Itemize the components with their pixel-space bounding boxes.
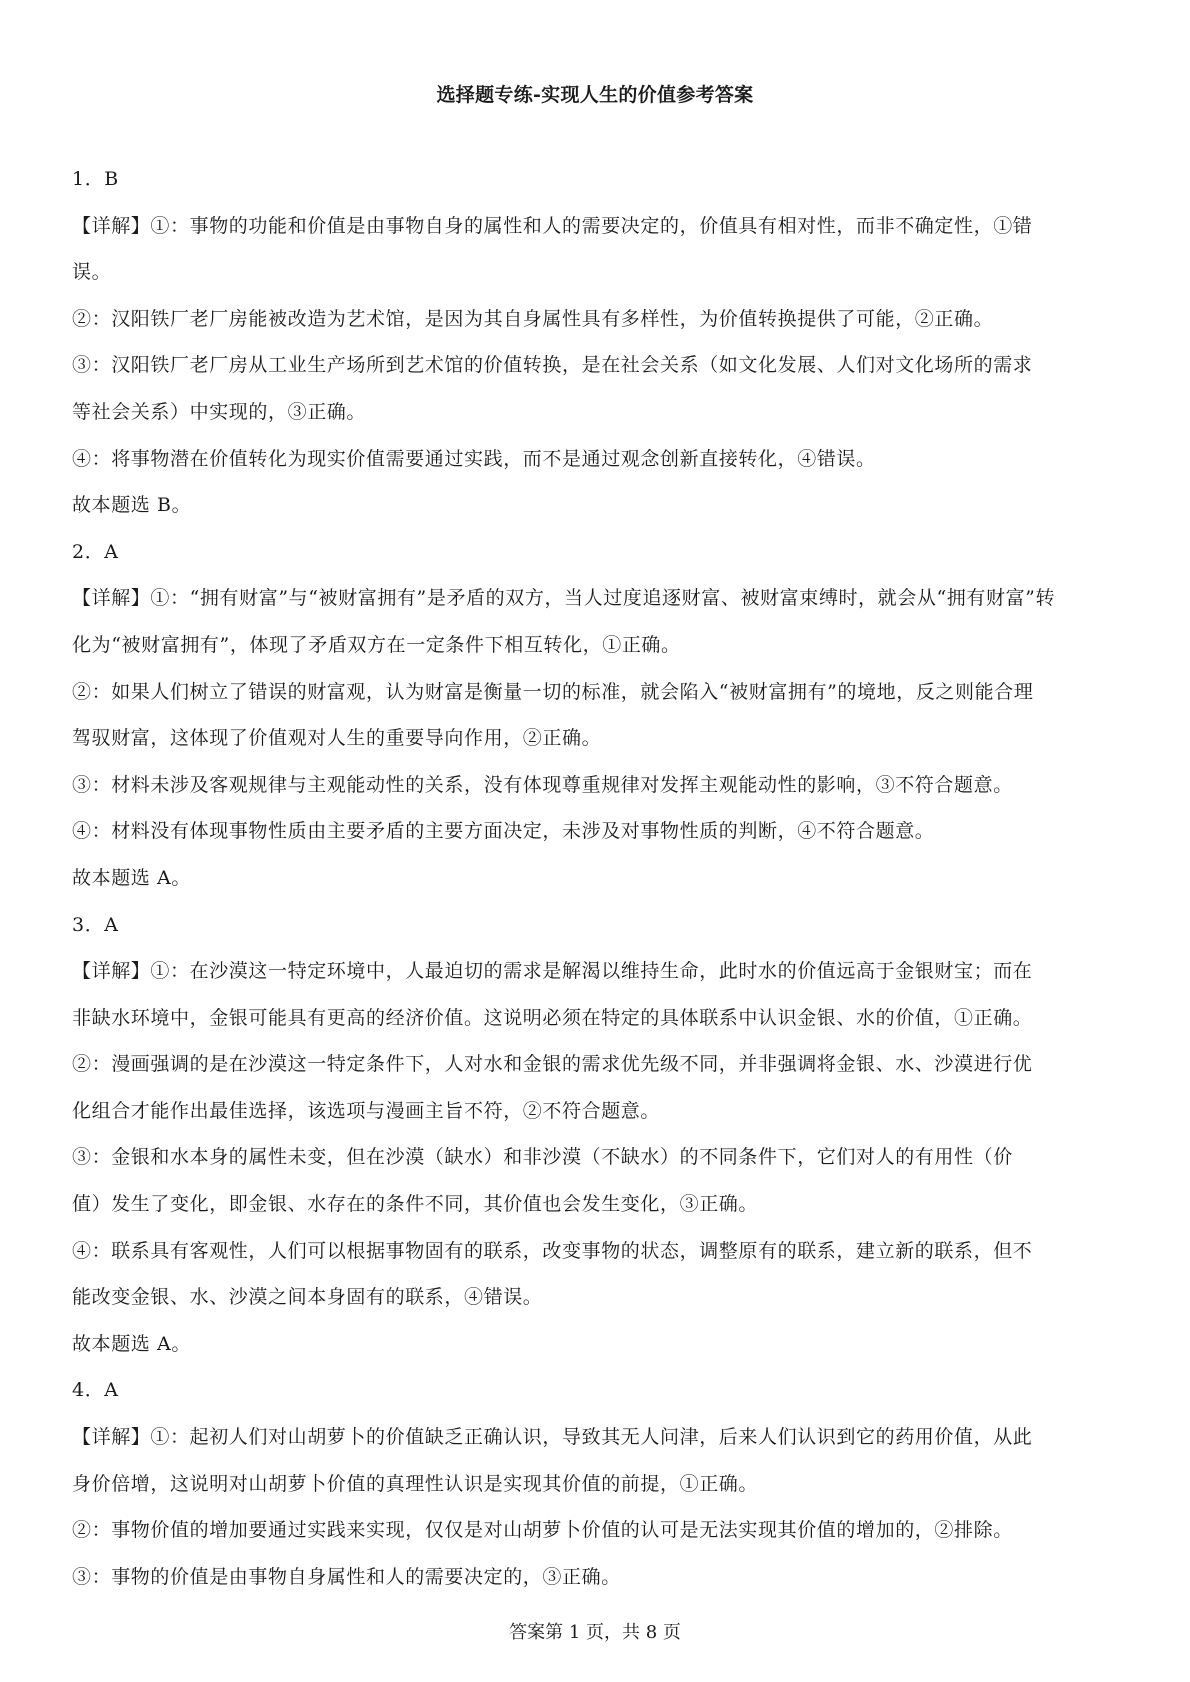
question-3-conclusion: 故本题选 A。	[72, 1321, 1120, 1368]
question-3-detail-line: 值）发生了变化，即金银、水存在的条件不同，其价值也会发生变化，③正确。	[72, 1181, 1120, 1228]
question-2-detail-line: 化为“被财富拥有”，体现了矛盾双方在一定条件下相互转化，①正确。	[72, 622, 1120, 669]
question-1-detail-line: 等社会关系）中实现的，③正确。	[72, 389, 1120, 436]
question-2-detail-line: ③：材料未涉及客观规律与主观能动性的关系，没有体现尊重规律对发挥主观能动性的影响…	[72, 762, 1120, 809]
question-3-detail-line: 化组合才能作出最佳选择，该选项与漫画主旨不符，②不符合题意。	[72, 1088, 1120, 1135]
question-1-detail-line: ③：汉阳铁厂老厂房从工业生产场所到艺术馆的价值转换，是在社会关系（如文化发展、人…	[72, 342, 1120, 389]
question-3-detail-line: ③：金银和水本身的属性未变，但在沙漠（缺水）和非沙漠（不缺水）的不同条件下，它们…	[72, 1134, 1120, 1181]
question-2-conclusion: 故本题选 A。	[72, 855, 1120, 902]
question-3-detail-line: 能改变金银、水、沙漠之间本身固有的联系，④错误。	[72, 1274, 1120, 1321]
question-2-detail-line: ②：如果人们树立了错误的财富观，认为财富是衡量一切的标准，就会陷入“被财富拥有”…	[72, 669, 1120, 716]
question-2-detail-line: 【详解】①：“拥有财富”与“被财富拥有”是矛盾的双方，当人过度追逐财富、被财富束…	[72, 575, 1120, 622]
question-4-answer: 4．A	[72, 1367, 1120, 1414]
question-1-detail-line: ④：将事物潜在价值转化为现实价值需要通过实践，而不是通过观念创新直接转化，④错误…	[72, 436, 1120, 483]
question-4-detail-line: 身价倍增，这说明对山胡萝卜价值的真理性认识是实现其价值的前提，①正确。	[72, 1461, 1120, 1508]
question-3-answer: 3．A	[72, 902, 1120, 949]
question-1-detail-line: ②：汉阳铁厂老厂房能被改造为艺术馆，是因为其自身属性具有多样性，为价值转换提供了…	[72, 296, 1120, 343]
question-2-detail-line: ④：材料没有体现事物性质由主要矛盾的主要方面决定，未涉及对事物性质的判断，④不符…	[72, 808, 1120, 855]
answer-page: 选择题专练-实现人生的价值参考答案 1．B 【详解】①：事物的功能和价值是由事物…	[0, 0, 1190, 1682]
question-4-detail-line: ②：事物价值的增加要通过实践来实现，仅仅是对山胡萝卜价值的认可是无法实现其价值的…	[72, 1507, 1120, 1554]
question-3-detail-line: 非缺水环境中，金银可能具有更高的经济价值。这说明必须在特定的具体联系中认识金银、…	[72, 995, 1120, 1042]
question-1-detail-line: 误。	[72, 249, 1120, 296]
question-2-detail-line: 驾驭财富，这体现了价值观对人生的重要导向作用，②正确。	[72, 715, 1120, 762]
question-1-conclusion: 故本题选 B。	[72, 482, 1120, 529]
question-2-answer: 2．A	[72, 529, 1120, 576]
question-4-detail-line: 【详解】①：起初人们对山胡萝卜的价值缺乏正确认识，导致其无人问津，后来人们认识到…	[72, 1414, 1120, 1461]
page-footer: 答案第 1 页，共 8 页	[0, 1618, 1190, 1644]
question-3-detail-line: 【详解】①：在沙漠这一特定环境中，人最迫切的需求是解渴以维持生命，此时水的价值远…	[72, 948, 1120, 995]
question-1-answer: 1．B	[72, 156, 1120, 203]
question-1-detail-line: 【详解】①：事物的功能和价值是由事物自身的属性和人的需要决定的，价值具有相对性，…	[72, 203, 1120, 250]
question-4-detail-line: ③：事物的价值是由事物自身属性和人的需要决定的，③正确。	[72, 1554, 1120, 1601]
page-title: 选择题专练-实现人生的价值参考答案	[0, 80, 1190, 107]
question-3-detail-line: ④：联系具有客观性，人们可以根据事物固有的联系，改变事物的状态，调整原有的联系，…	[72, 1228, 1120, 1275]
question-3-detail-line: ②：漫画强调的是在沙漠这一特定条件下，人对水和金银的需求优先级不同，并非强调将金…	[72, 1041, 1120, 1088]
answer-content: 1．B 【详解】①：事物的功能和价值是由事物自身的属性和人的需要决定的，价值具有…	[72, 156, 1120, 1600]
